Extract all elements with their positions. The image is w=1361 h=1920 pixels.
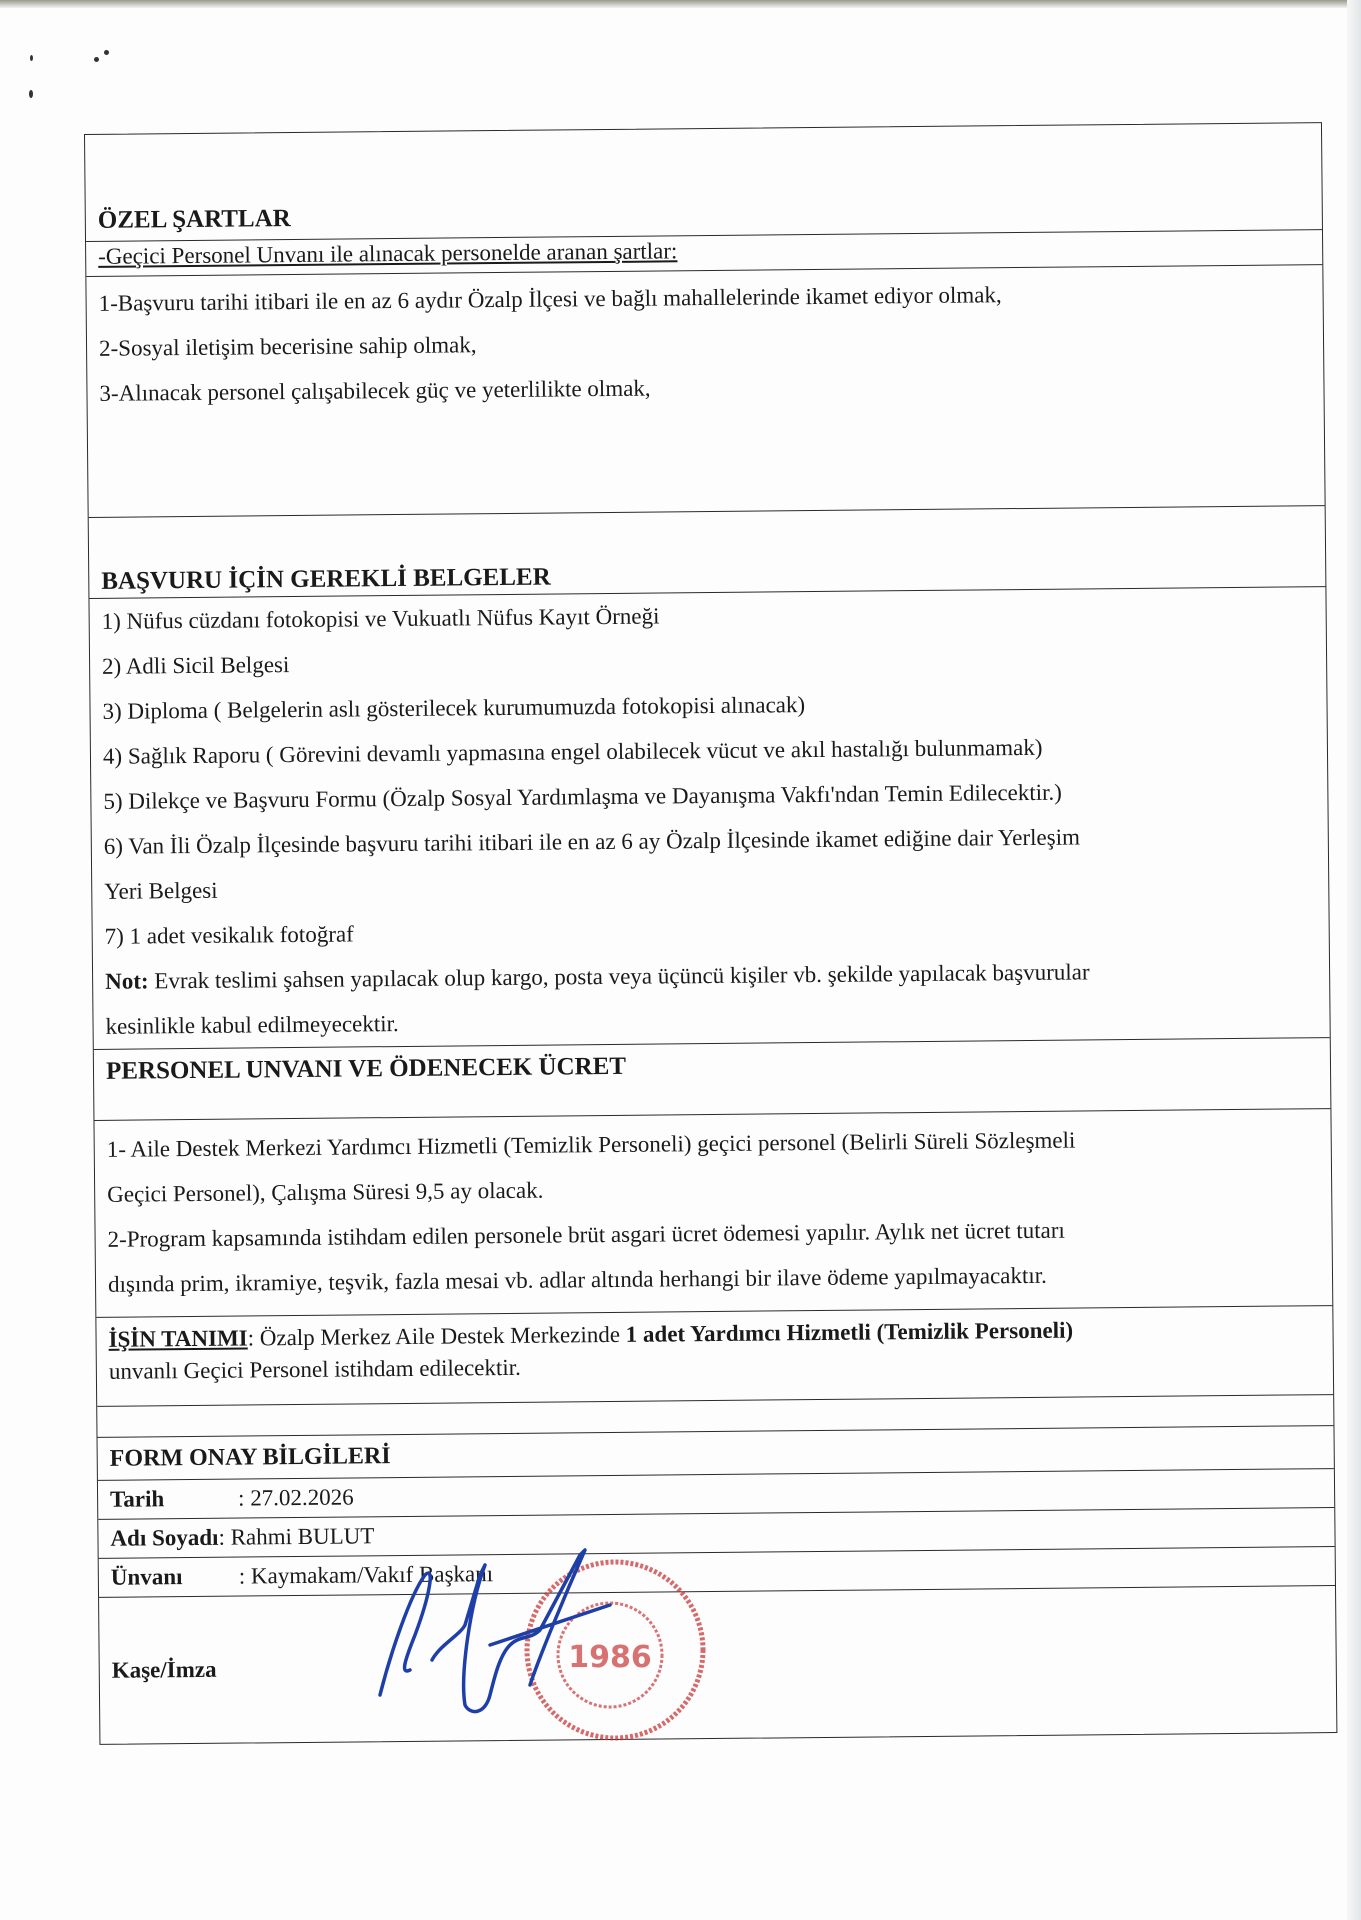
scan-speck — [94, 57, 99, 62]
scan-speck — [104, 50, 109, 55]
job-definition-row: İŞİN TANIMI: Özalp Merkez Aile Destek Me… — [96, 1305, 1333, 1406]
seal-label: Kaşe/İmza — [112, 1657, 217, 1684]
special-conditions-header-row: ÖZEL ŞARTLAR — [85, 123, 1322, 241]
date-label: Tarih — [110, 1486, 238, 1513]
required-documents-title: BAŞVURU İÇİN GEREKLİ BELGELER — [101, 564, 551, 596]
position-pay-title: PERSONEL UNVANI VE ÖDENECEK ÜCRET — [106, 1053, 626, 1085]
name-value: : Rahmi BULUT — [218, 1523, 374, 1550]
job-definition-label: İŞİN TANIMI — [108, 1325, 247, 1351]
scan-speck — [30, 55, 33, 61]
approval-seal-row: Kaşe/İmza — [99, 1585, 1336, 1744]
signature — [370, 1535, 670, 1725]
date-value: : 27.02.2026 — [238, 1484, 354, 1511]
job-definition-bold: 1 adet Yardımcı Hizmetli (Temizlik Perso… — [626, 1318, 1074, 1347]
required-documents-list: 1) Nüfus cüzdanı fotokopisi ve Vukuatlı … — [89, 586, 1329, 1049]
special-conditions-list: 1-Başvuru tarihi itibari ile en az 6 ayd… — [86, 264, 1324, 517]
application-form-table: ÖZEL ŞARTLAR -Geçici Personel Unvanı ile… — [84, 122, 1337, 1745]
special-conditions-title: ÖZEL ŞARTLAR — [98, 205, 291, 235]
note-text: Evrak teslimi şahsen yapılacak olup karg… — [148, 959, 1089, 993]
note-label: Not: — [105, 968, 149, 993]
special-conditions-intro: -Geçici Personel Unvanı ile alınacak per… — [98, 238, 677, 269]
required-documents-header-row: BAŞVURU İÇİN GEREKLİ BELGELER — [89, 505, 1326, 598]
approval-title: FORM ONAY BİLGİLERİ — [110, 1443, 391, 1473]
title-label: Ünvanı — [111, 1564, 239, 1591]
position-pay-content: 1- Aile Destek Merkezi Yardımcı Hizmetli… — [94, 1108, 1332, 1317]
scan-speck — [29, 90, 33, 98]
name-label: Adı Soyadı — [110, 1525, 218, 1552]
job-definition-text: : Özalp Merkez Aile Destek Merkezinde — [248, 1322, 626, 1351]
scan-right-edge — [1347, 0, 1361, 1920]
position-pay-header-row: PERSONEL UNVANI VE ÖDENECEK ÜCRET — [94, 1037, 1331, 1120]
scan-top-shadow — [0, 0, 1361, 8]
